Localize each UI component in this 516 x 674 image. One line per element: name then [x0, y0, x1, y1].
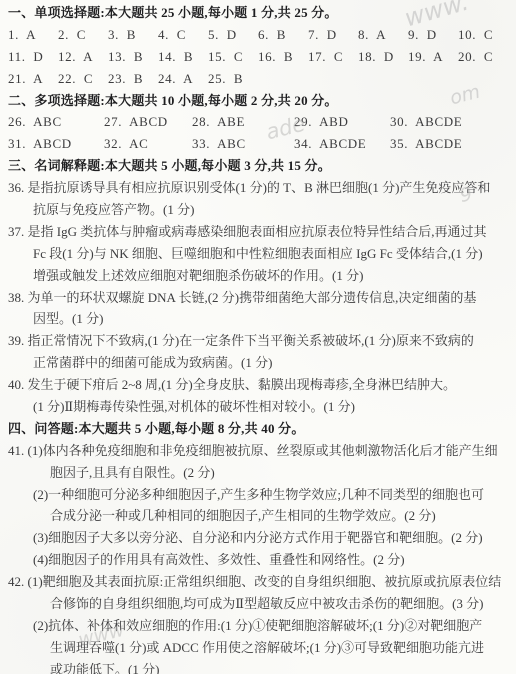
answer-cell-q2: 2. C [58, 24, 108, 46]
q41-answer-line-3: (2)一种细胞可分泌多种细胞因子,产生多种生物学效应;几种不同类型的细胞也可 [8, 484, 508, 506]
answer-cell-q1: 1. A [8, 24, 58, 46]
q41-answer-line-4: 合成分泌一种或几种相同的细胞因子,产生相同的生物学效应。(2 分) [8, 505, 508, 527]
q40-answer-line-2: (1 分)Ⅱ期梅毒传染性强,对机体的破坏性相对较小。(1 分) [8, 396, 508, 418]
q37-answer-line-3: 增强或触发上述效应细胞对靶细胞杀伤破坏的作用。(1 分) [8, 265, 508, 287]
answer-cell-q24: 24. A [158, 68, 208, 90]
q42-answer-line-5: 或功能低下。(1 分) [8, 659, 508, 674]
single-choice-answers-row-2: 11. D 12. A 13. B 14. B 15. C 16. B 17. … [8, 46, 508, 68]
q37-answer-line-1: 37. 是指 IgG 类抗体与肿瘤或病毒感染细胞表面相应抗原表位特异性结合后,再… [8, 221, 508, 243]
answer-cell-q20: 20. C [458, 46, 508, 68]
answer-cell-q32: 32. AC [104, 133, 192, 155]
q36-answer-line-2: 抗原与免疫应答产物。(1 分) [8, 199, 508, 221]
answer-cell-q10: 10. C [458, 24, 508, 46]
q41-answer-line-1: 41. (1)体内各种免疫细胞和非免疫细胞被抗原、丝裂原或其他刺激物活化后才能产… [8, 440, 508, 462]
answer-cell-q5: 5. D [208, 24, 258, 46]
answer-cell-q16: 16. B [258, 46, 308, 68]
answer-cell-q30: 30. ABCDE [390, 111, 508, 133]
answer-cell-q31: 31. ABCD [8, 133, 104, 155]
single-choice-answers-row-3: 21. A 22. C 23. B 24. A 25. B [8, 68, 508, 90]
answer-cell-q14: 14. B [158, 46, 208, 68]
q36-answer-line-1: 36. 是指抗原诱导具有相应抗原识别受体(1 分)的 T、B 淋巴细胞(1 分)… [8, 177, 508, 199]
answer-cell-q6: 6. B [258, 24, 308, 46]
section-1-heading: 一、单项选择题:本大题共 25 小题,每小题 1 分,共 25 分。 [8, 2, 508, 24]
answer-cell-q22: 22. C [58, 68, 108, 90]
answer-cell-q13: 13. B [108, 46, 158, 68]
answer-cell-q12: 12. A [58, 46, 108, 68]
answer-cell-q33: 33. ABC [192, 133, 294, 155]
answer-cell-q3: 3. B [108, 24, 158, 46]
multi-choice-answers-row-1: 26. ABC 27. ABCD 28. ABE 29. ABD 30. ABC… [8, 111, 508, 133]
q38-answer-line-1: 38. 为单一的环状双螺旋 DNA 长链,(2 分)携带细菌绝大部分遗传信息,决… [8, 287, 508, 309]
exam-answer-key-document: www. om ade 9 www 一、单项选择题:本大题共 25 小题,每小题… [0, 0, 516, 674]
section-3-heading: 三、名词解释题:本大题共 5 小题,每小题 3 分,共 15 分。 [8, 155, 508, 177]
answer-cell-q29: 29. ABD [294, 111, 390, 133]
single-choice-answers-row-1: 1. A 2. C 3. B 4. C 5. D 6. B 7. D 8. A … [8, 24, 508, 46]
answer-cell-q23: 23. B [108, 68, 158, 90]
q42-answer-line-1: 42. (1)靶细胞及其表面抗原:正常组织细胞、改变的自身组织细胞、被抗原或抗原… [8, 571, 508, 593]
answer-cell-q7: 7. D [308, 24, 358, 46]
answer-cell-q25: 25. B [208, 68, 258, 90]
answer-cell-q28: 28. ABE [192, 111, 294, 133]
q42-answer-line-2: 合修饰的自身组织细胞,均可成为Ⅱ型超敏反应中被攻击杀伤的靶细胞。(3 分) [8, 593, 508, 615]
q42-answer-line-3: (2)抗体、补体和效应细胞的作用:(1 分)①使靶细胞溶解破坏;(1 分)②对靶… [8, 615, 508, 637]
answer-cell-q35: 35. ABCDE [390, 133, 508, 155]
q41-answer-line-5: (3)细胞因子大多以旁分泌、自分泌和内分泌方式作用于靶器官和靶细胞。(2 分) [8, 527, 508, 549]
answer-cell-q34: 34. ABCDE [294, 133, 390, 155]
q41-answer-line-2: 胞因子,且具有自限性。(2 分) [8, 462, 508, 484]
answer-cell-q19: 19. A [408, 46, 458, 68]
answer-cell-q4: 4. C [158, 24, 208, 46]
answer-cell-q8: 8. A [358, 24, 408, 46]
multi-choice-answers-row-2: 31. ABCD 32. AC 33. ABC 34. ABCDE 35. AB… [8, 133, 508, 155]
q40-answer-line-1: 40. 发生于硬下疳后 2~8 周,(1 分)全身皮肤、黏膜出现梅毒疹,全身淋巴… [8, 374, 508, 396]
answer-cell-q26: 26. ABC [8, 111, 104, 133]
answer-cell-q15: 15. C [208, 46, 258, 68]
q39-answer-line-1: 39. 指正常情况下不致病,(1 分)在一定条件下当平衡关系被破坏,(1 分)原… [8, 330, 508, 352]
q39-answer-line-2: 正常菌群中的细菌可能成为致病菌。(1 分) [8, 352, 508, 374]
answer-cell-q21: 21. A [8, 68, 58, 90]
answer-cell-q17: 17. C [308, 46, 358, 68]
q38-answer-line-2: 因型。(1 分) [8, 308, 508, 330]
answer-cell-q11: 11. D [8, 46, 58, 68]
q41-answer-line-6: (4)细胞因子的作用具有高效性、多效性、重叠性和网络性。(2 分) [8, 549, 508, 571]
answer-cell-q27: 27. ABCD [104, 111, 192, 133]
section-2-heading: 二、多项选择题:本大题共 10 小题,每小题 2 分,共 20 分。 [8, 90, 508, 112]
answer-cell-q18: 18. D [358, 46, 408, 68]
section-4-heading: 四、问答题:本大题共 5 小题,每小题 8 分,共 40 分。 [8, 418, 508, 440]
q42-answer-line-4: 生调理吞噬(1 分)或 ADCC 作用使之溶解破坏;(1 分)③可导致靶细胞功能… [8, 637, 508, 659]
q37-answer-line-2: Fc 段(1 分)与 NK 细胞、巨噬细胞和中性粒细胞表面相应 IgG Fc 受… [8, 243, 508, 265]
answer-cell-q9: 9. D [408, 24, 458, 46]
